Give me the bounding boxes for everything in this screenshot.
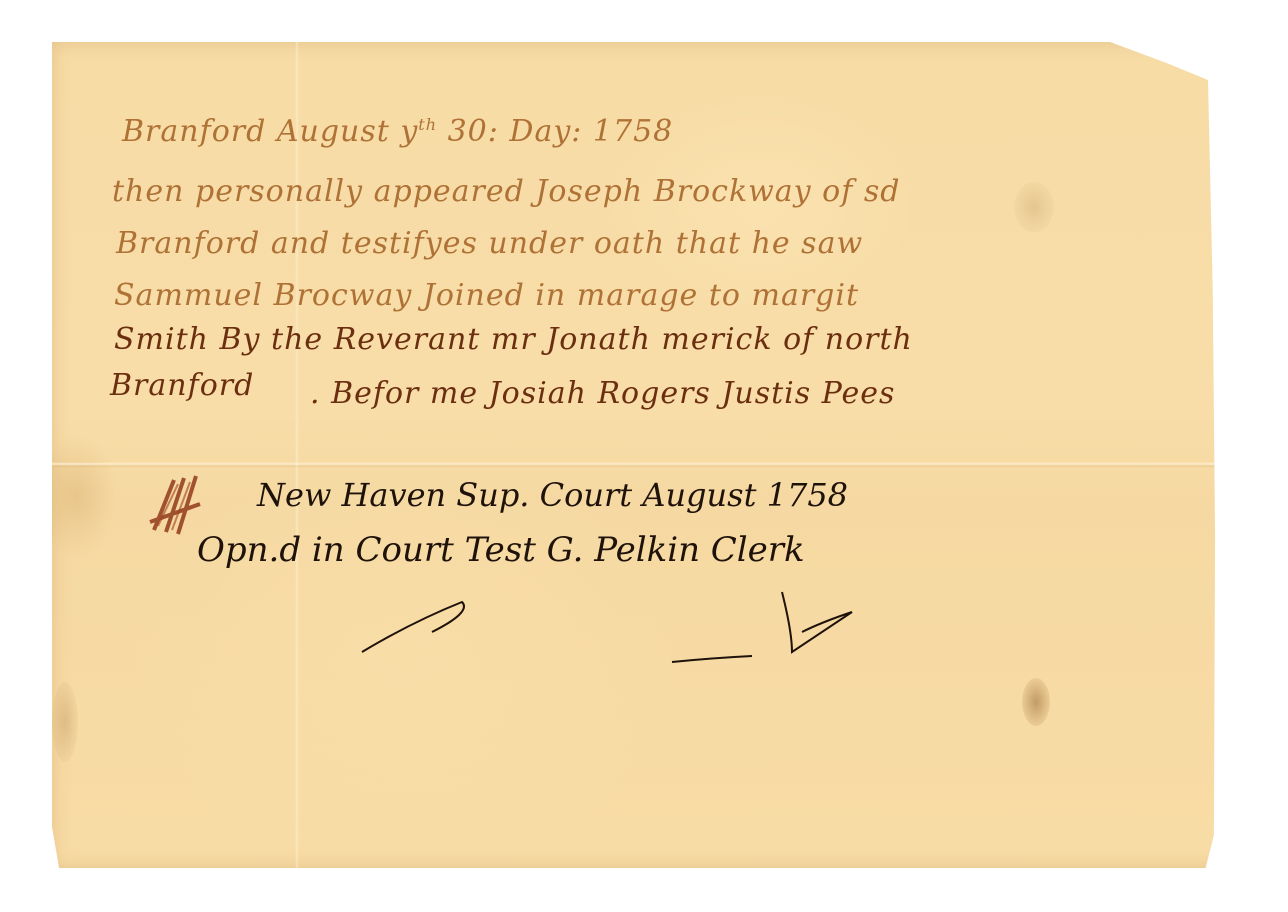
signature-flourish-icon — [352, 562, 872, 672]
endorsement-court-line: New Haven Sup. Court August 1758 — [257, 476, 848, 514]
body-line-4: Sammuel Brocway Joined in marage to marg… — [114, 278, 859, 313]
justice-signature-line: . Befor me Josiah Rogers Justis Pees — [310, 376, 895, 411]
body-line-3: Branford and testifyes under oath that h… — [116, 226, 863, 261]
edge-stain — [52, 682, 78, 762]
vertical-fold — [295, 42, 299, 868]
body-line-2: then personally appeared Joseph Brockway… — [112, 174, 900, 209]
ink-stain — [1022, 678, 1050, 726]
document-scan: Branford August yth 30: Day: 1758 then p… — [0, 0, 1288, 912]
date-rest: 30: Day: 1758 — [448, 114, 674, 149]
red-ink-mark-icon — [144, 460, 214, 540]
foxing-stain — [1014, 182, 1054, 232]
paper-sheet: Branford August yth 30: Day: 1758 then p… — [52, 42, 1234, 868]
body-line-6: Branford — [110, 368, 254, 403]
horizontal-fold — [52, 462, 1234, 468]
date-line: Branford August yth 30: Day: 1758 — [122, 114, 673, 149]
date-place: Branford August y — [122, 114, 418, 149]
body-line-5: Smith By the Reverant mr Jonath merick o… — [114, 322, 913, 357]
date-ordinal: th — [418, 115, 437, 134]
